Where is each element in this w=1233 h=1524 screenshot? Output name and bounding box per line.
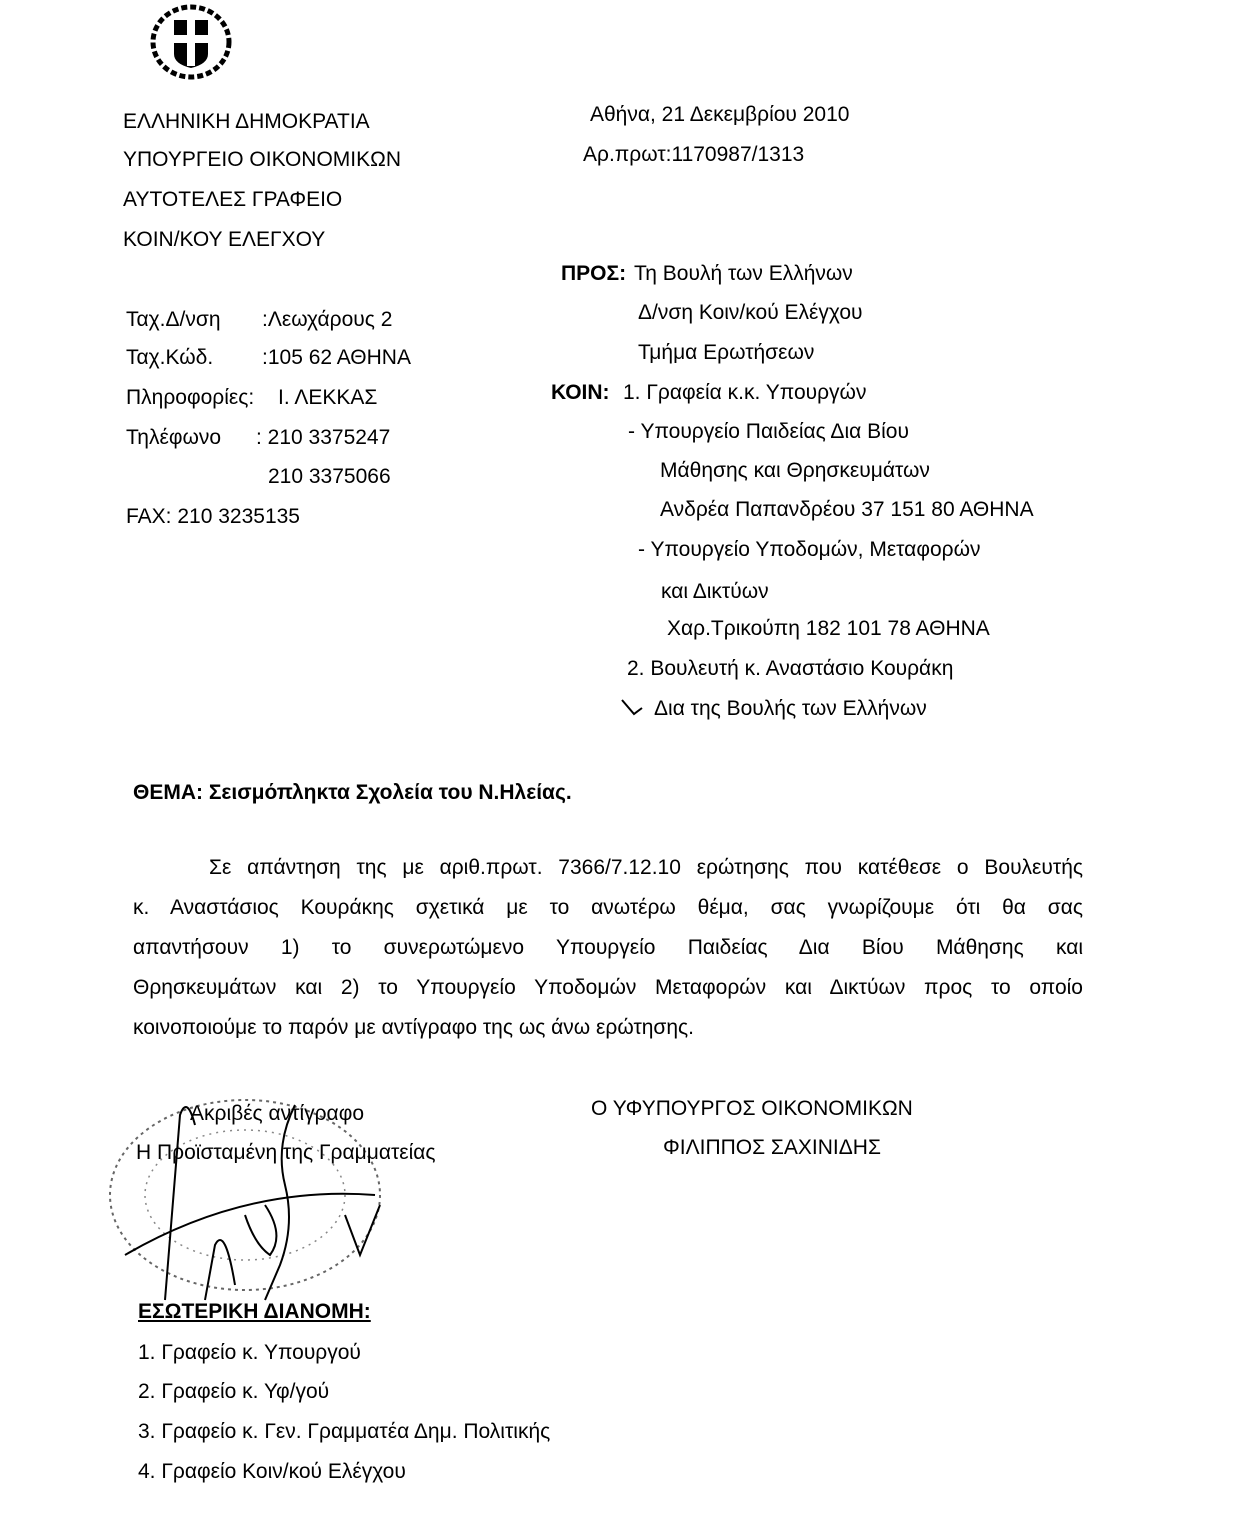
cc-line: Χαρ.Τρικούπη 182 101 78 ΑΘΗΝΑ [667, 617, 990, 641]
cc-line: Δια της Βουλής των Ελλήνων [654, 697, 927, 721]
to-line: Τμήμα Ερωτήσεων [638, 341, 814, 365]
fax-number: FAX: 210 3235135 [126, 505, 300, 529]
distribution-item: 4. Γραφείο Κοιν/κού Ελέγχου [138, 1460, 406, 1484]
cc-line: - Υπουργείο Παιδείας Δια Βίου [628, 420, 909, 444]
sender-line: ΥΠΟΥΡΓΕΙΟ ΟΙΚΟΝΟΜΙΚΩΝ [123, 148, 401, 172]
body-paragraph: Σε απάντηση της με αριθ.πρωτ. 7366/7.12.… [133, 848, 1083, 1048]
distribution-item: 1. Γραφείο κ. Υπουργού [138, 1341, 361, 1365]
certification-line: Η Προϊσταμένη της Γραμματείας [136, 1141, 436, 1165]
info-value: Ι. ΛΕΚΚΑΣ [278, 386, 377, 410]
sender-line: ΚΟΙΝ/ΚΟΥ ΕΛΕΓΧΟΥ [123, 228, 325, 252]
phone-label: Τηλέφωνο [126, 426, 221, 450]
phone-value-2: 210 3375066 [268, 465, 391, 489]
protocol-number: Αρ.πρωτ:1170987/1313 [583, 143, 804, 167]
internal-distribution-heading: ΕΣΩΤΕΡΙΚΗ ΔΙΑΝΟΜΗ: [138, 1300, 371, 1324]
cc-line: και Δικτύων [661, 580, 769, 604]
body-line: Σε απάντηση της με αριθ.πρωτ. 7366/7.12.… [133, 848, 1083, 888]
to-line: Τη Βουλή των Ελλήνων [634, 262, 853, 286]
to-label: ΠΡΟΣ: [561, 262, 626, 286]
sender-line: ΑΥΤΟΤΕΛΕΣ ΓΡΑΦΕΙΟ [123, 188, 342, 212]
cc-label: ΚΟΙΝ: [551, 381, 610, 405]
cc-line: Μάθησης και Θρησκευμάτων [660, 459, 930, 483]
to-line: Δ/νση Κοιν/κού Ελέγχου [638, 301, 863, 325]
body-line: κοινοποιούμε το παρόν με αντίγραφο της ω… [133, 1008, 1083, 1048]
document-date: Αθήνα, 21 Δεκεμβρίου 2010 [590, 103, 849, 127]
body-line: Θρησκευμάτων και 2) το Υπουργείο Υποδομώ… [133, 968, 1083, 1008]
cc-line: 1. Γραφεία κ.κ. Υπουργών [623, 381, 866, 405]
certification-line: Ακριβές αντίγραφο [190, 1102, 364, 1126]
address-value: :Λεωχάρους 2 [262, 308, 392, 332]
postcode-label: Ταχ.Κώδ. [126, 346, 213, 370]
cc-line: Ανδρέα Παπανδρέου 37 151 80 ΑΘΗΝΑ [660, 498, 1034, 522]
address-label: Ταχ.Δ/νση [126, 308, 221, 332]
info-label: Πληροφορίες: [126, 386, 254, 410]
cc-line: - Υπουργείο Υποδομών, Μεταφορών [638, 538, 980, 562]
checkmark-icon [620, 698, 650, 718]
cc-line: 2. Βουλευτή κ. Αναστάσιο Κουράκη [627, 657, 953, 681]
body-line: κ. Αναστάσιος Κουράκης σχετικά με το ανω… [133, 888, 1083, 928]
signatory-title: Ο ΥΦΥΠΟΥΡΓΟΣ ΟΙΚΟΝΟΜΙΚΩΝ [591, 1097, 913, 1121]
distribution-item: 3. Γραφείο κ. Γεν. Γραμματέα Δημ. Πολιτι… [138, 1420, 550, 1444]
body-line: απαντήσουν 1) το συνερωτώμενο Υπουργείο … [133, 928, 1083, 968]
phone-value: : 210 3375247 [256, 426, 390, 450]
signatory-name: ΦΙΛΙΠΠΟΣ ΣΑΧΙΝΙΔΗΣ [663, 1136, 881, 1160]
distribution-item: 2. Γραφείο κ. Υφ/γού [138, 1380, 329, 1404]
subject-line: ΘΕΜΑ: Σεισμόπληκτα Σχολεία του Ν.Ηλείας. [133, 781, 572, 805]
sender-line: ΕΛΛΗΝΙΚΗ ΔΗΜΟΚΡΑΤΙΑ [123, 110, 370, 134]
postcode-value: :105 62 ΑΘΗΝΑ [262, 346, 411, 370]
greek-coat-of-arms-icon [150, 4, 232, 82]
